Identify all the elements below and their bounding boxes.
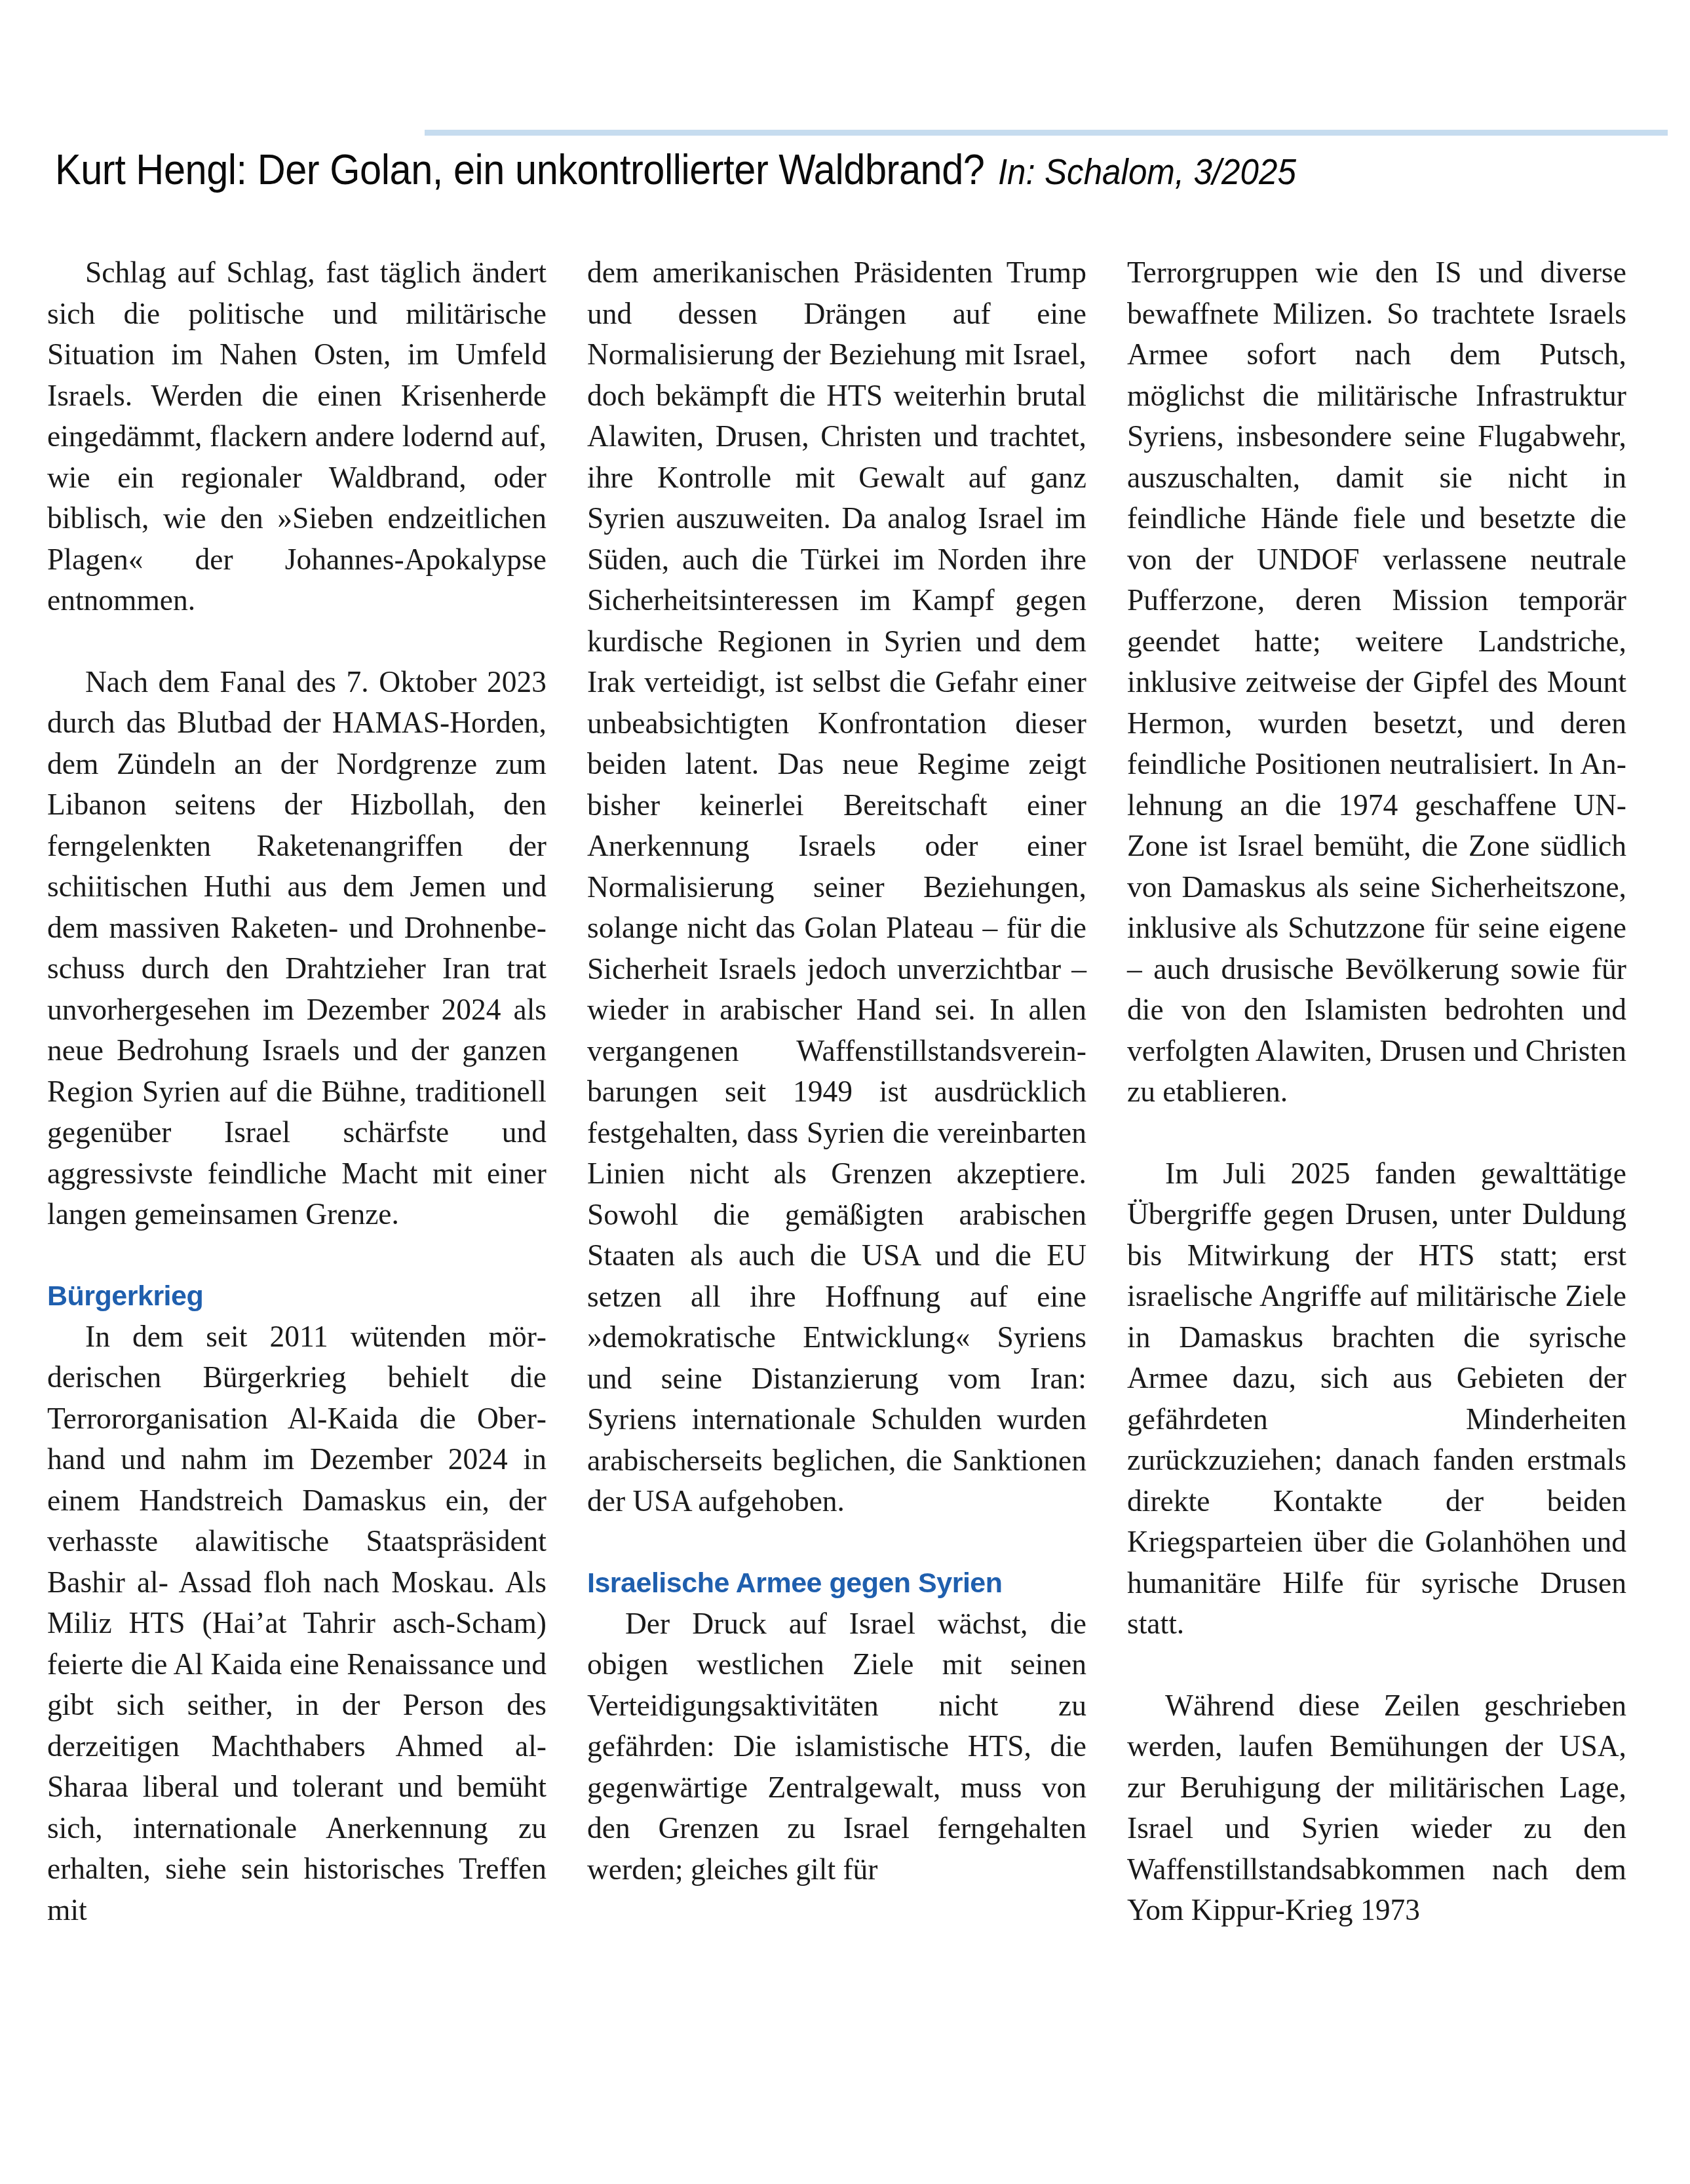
paragraph-current-efforts: Während diese Zeilen geschrieben werden,… [1127, 1685, 1626, 1931]
paragraph-october-7: Nach dem Fanal des 7. Oktober 2023 durch… [47, 662, 547, 1235]
column-1: Schlag auf Schlag, fast täglich ändert s… [47, 252, 547, 2035]
header-rule [425, 130, 1668, 136]
column-3: Terrorgruppen wie den IS und di­verse be… [1127, 252, 1626, 2035]
section-heading-buergerkrieg: Bürgerkrieg [47, 1276, 547, 1316]
document-header: Kurt Hengl: Der Golan, ein unkontrollier… [55, 145, 1296, 194]
paragraph-july-2025: Im Juli 2025 fanden gewalttätige Übergri… [1127, 1153, 1626, 1645]
paragraph-intro: Schlag auf Schlag, fast täglich ändert s… [47, 252, 547, 621]
column-2: dem amerikanischen Präsidenten Trump und… [587, 252, 1086, 2035]
article-body: Schlag auf Schlag, fast täglich ändert s… [47, 252, 1626, 2035]
article-title: Kurt Hengl: Der Golan, ein unkontrollier… [55, 146, 984, 193]
section-heading-israelische-armee: Israelische Armee gegen Syrien [587, 1563, 1086, 1603]
article-source: In: Schalom, 3/2025 [998, 151, 1296, 192]
paragraph-pressure: Der Druck auf Israel wächst, die obigen … [587, 1603, 1086, 1890]
paragraph-pressure-continued: Terrorgruppen wie den IS und di­verse be… [1127, 252, 1626, 1113]
paragraph-civil-war-continued: dem amerikanischen Präsidenten Trump und… [587, 252, 1086, 1522]
paragraph-civil-war: In dem seit 2011 wütenden mör­derischen … [47, 1316, 547, 1931]
